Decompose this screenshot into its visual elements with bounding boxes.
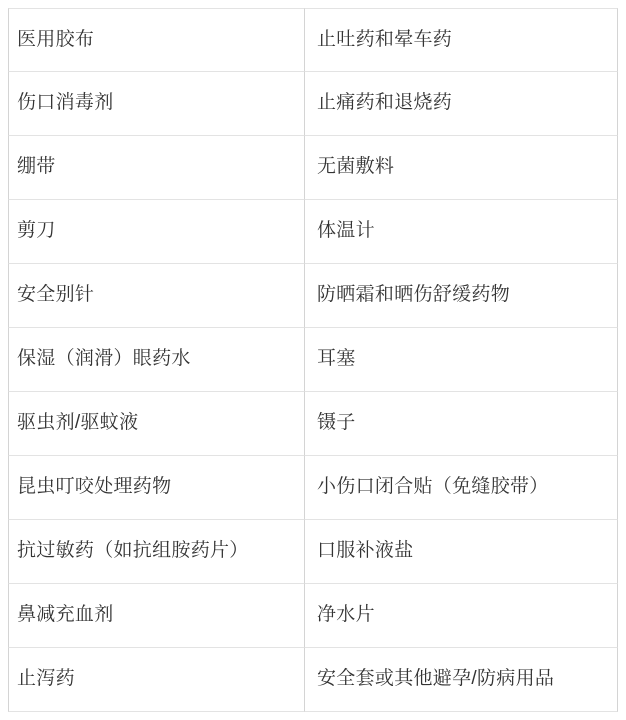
table-row: 剪刀 体温计 [8, 200, 618, 264]
checklist-cell: 驱虫剂/驱蚊液 [8, 392, 304, 456]
checklist-cell: 镊子 [304, 392, 618, 456]
table-row: 伤口消毒剂 止痛药和退烧药 [8, 72, 618, 136]
table-row: 绷带 无菌敷料 [8, 136, 618, 200]
checklist-cell: 小伤口闭合贴（免缝胶带） [304, 456, 618, 520]
checklist-cell: 耳塞 [304, 328, 618, 392]
checklist-cell: 止泻药 [8, 648, 304, 712]
checklist-cell: 防晒霜和晒伤舒缓药物 [304, 264, 618, 328]
checklist-cell: 净水片 [304, 584, 618, 648]
checklist-cell: 口服补液盐 [304, 520, 618, 584]
checklist-cell: 抗过敏药（如抗组胺药片） [8, 520, 304, 584]
checklist-cell: 剪刀 [8, 200, 304, 264]
checklist-cell: 昆虫叮咬处理药物 [8, 456, 304, 520]
checklist-cell: 保湿（润滑）眼药水 [8, 328, 304, 392]
checklist-cell: 鼻减充血剂 [8, 584, 304, 648]
table-row: 安全别针 防晒霜和晒伤舒缓药物 [8, 264, 618, 328]
table-row: 止泻药 安全套或其他避孕/防病用品 [8, 648, 618, 712]
checklist-table: 医用胶布 止吐药和晕车药 伤口消毒剂 止痛药和退烧药 绷带 无菌敷料 剪刀 体温… [8, 8, 618, 712]
table-row: 驱虫剂/驱蚊液 镊子 [8, 392, 618, 456]
checklist-cell: 伤口消毒剂 [8, 72, 304, 136]
checklist-cell: 绷带 [8, 136, 304, 200]
checklist-cell: 医用胶布 [8, 8, 304, 72]
table-row: 昆虫叮咬处理药物 小伤口闭合贴（免缝胶带） [8, 456, 618, 520]
checklist-cell: 体温计 [304, 200, 618, 264]
table-row: 保湿（润滑）眼药水 耳塞 [8, 328, 618, 392]
table-row: 鼻减充血剂 净水片 [8, 584, 618, 648]
table-row: 医用胶布 止吐药和晕车药 [8, 8, 618, 72]
checklist-cell: 安全别针 [8, 264, 304, 328]
checklist-cell: 安全套或其他避孕/防病用品 [304, 648, 618, 712]
checklist-cell: 无菌敷料 [304, 136, 618, 200]
checklist-cell: 止吐药和晕车药 [304, 8, 618, 72]
checklist-cell: 止痛药和退烧药 [304, 72, 618, 136]
table-row: 抗过敏药（如抗组胺药片） 口服补液盐 [8, 520, 618, 584]
